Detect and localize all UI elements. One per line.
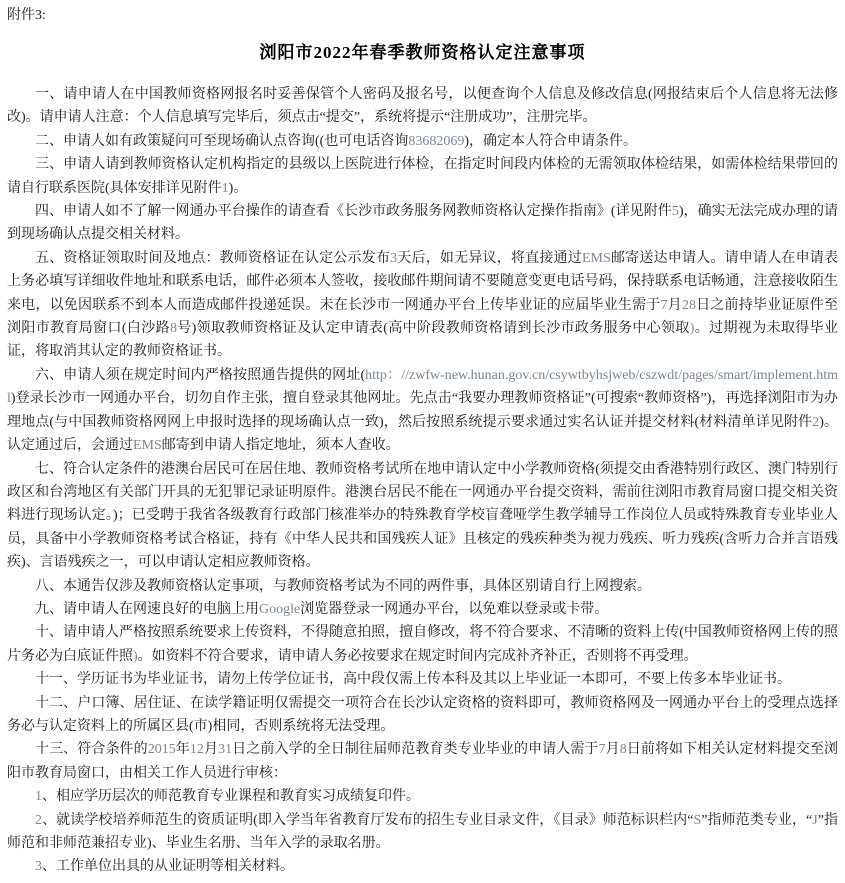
highlight-segment: EMS	[133, 438, 162, 453]
text-segment: 二、申请人如有政策疑问可至现场确认点咨询((也可电话咨询	[35, 134, 408, 149]
highlight-segment: 7	[599, 742, 606, 757]
highlight-segment: 1	[222, 181, 229, 196]
paragraph-4: 四、申请人如不了解一网通办平台操作的请查看《长沙市政务服务网教师资格认定操作指南…	[7, 200, 838, 247]
browser-name: Google	[259, 602, 300, 617]
highlight-segment: 7	[661, 298, 668, 313]
text-segment: 天后，如无异议，将直接通过	[397, 251, 582, 266]
text-segment: )，确定本人符合申请条件。	[464, 134, 637, 149]
paragraph-16: 3、工作单位出具的从业证明等相关材料。	[7, 855, 838, 878]
document-page: 附件3: 浏阳市2022年春季教师资格认定注意事项 一、请申请人在中国教师资格网…	[0, 0, 845, 883]
text-segment: 十一、学历证书为毕业证书，请勿上传学位证书，高中段仅需上传本科及其以上毕业证一本…	[35, 672, 791, 687]
paragraph-1: 一、请申请人在中国教师资格网报名时妥善保管个人密码及报名号，以便查询个人信息及修…	[7, 83, 838, 130]
text-segment: )登录长沙市一网通办平台，切勿自作主张，擅自登录其他网址。先点击“我要办理教师资…	[7, 391, 838, 429]
text-segment: 号)领取教师资格证及认定申请表(高中阶段教师资格请到长沙市政务服务中心领取	[177, 321, 690, 336]
text-segment: 。如资料不符合要求，请申请人务必按要求在规定时间内完成补齐补正，否则将不再受理。	[138, 649, 698, 664]
text-segment: )。	[229, 181, 248, 196]
text-segment: 年	[176, 742, 190, 757]
highlight-segment: 8	[170, 321, 177, 336]
text-segment: 日之前入学的全日制往届师范教育类专业毕业的申请人需于	[232, 742, 598, 757]
paragraph-3: 三、申请人请到教师资格认定机构指定的县级以上医院进行体检，在指定时间段内体检的无…	[7, 153, 838, 200]
highlight-segment: 5	[672, 204, 679, 219]
highlight-segment: EMS	[582, 251, 611, 266]
text-segment: 邮寄到申请人指定地址，须本人查收。	[162, 438, 400, 453]
paragraph-5: 五、资格证领取时间及地点：教师资格证在认定公示发布3天后，如无异议，将直接通过E…	[7, 247, 838, 364]
highlight-segment: 8	[620, 742, 627, 757]
phone-number: 83682069	[408, 134, 464, 149]
text-segment: 四、申请人如不了解一网通办平台操作的请查看《长沙市政务服务网教师资格认定操作指南…	[35, 204, 672, 219]
text-segment: 八、本通告仅涉及教师资格认定事项，与教师资格考试为不同的两件事，具体区别请自行上…	[35, 579, 651, 594]
text-segment: 、相应学历层次的师范教育专业课程和教育实习成绩复印件。	[42, 789, 420, 804]
highlight-segment: 28	[682, 298, 696, 313]
paragraph-15: 2、就读学校培养师范生的资质证明(即入学当年省教育厅发布的招生专业目录文件，《目…	[7, 809, 838, 856]
paragraph-7: 七、符合认定条件的港澳台居民可在居住地、教师资格考试所在地申请认定中小学教师资格…	[7, 458, 838, 575]
text-segment: 七、符合认定条件的港澳台居民可在居住地、教师资格考试所在地申请认定中小学教师资格…	[7, 462, 838, 571]
paragraph-6: 六、申请人须在规定时间内严格按照通告提供的网址(http：//zwfw-new.…	[7, 364, 838, 458]
text-segment: 六、申请人须在规定时间内严格按照通告提供的网址(	[35, 368, 365, 383]
page-title: 浏阳市2022年春季教师资格认定注意事项	[7, 38, 838, 63]
text-segment: ”指师范类专业，“	[701, 813, 812, 828]
paragraph-10: 十、请申请人严格按照系统要求上传资料，不得随意拍照，擅自修改，将不符合要求、不清…	[7, 621, 838, 668]
paragraph-12: 十二、户口簿、居住证、在读学籍证明仅需提交一项符合在长沙认定资格的资料即可，教师…	[7, 692, 838, 739]
paragraph-14: 1、相应学历层次的师范教育专业课程和教育实习成绩复印件。	[7, 785, 838, 808]
paragraph-8: 八、本通告仅涉及教师资格认定事项，与教师资格考试为不同的两件事，具体区别请自行上…	[7, 575, 838, 598]
text-segment: 月	[204, 742, 218, 757]
text-segment: 、就读学校培养师范生的资质证明(即入学当年省教育厅发布的招生专业目录文件，《目录…	[42, 813, 693, 828]
text-segment: 月	[668, 298, 682, 313]
text-segment: 、工作单位出具的从业证明等相关材料。	[42, 859, 294, 874]
paragraph-13: 十三、符合条件的2015年12月31日之前入学的全日制往届师范教育类专业毕业的申…	[7, 738, 838, 785]
paragraph-9: 九、请申请人在网速良好的电脑上用Google浏览器登录一网通办平台，以免难以登录…	[7, 598, 838, 621]
document-body: 一、请申请人在中国教师资格网报名时妥善保管个人密码及报名号，以便查询个人信息及修…	[7, 83, 838, 879]
paragraph-2: 二、申请人如有政策疑问可至现场确认点咨询((也可电话咨询83682069)，确定…	[7, 130, 838, 153]
text-segment: 十二、户口簿、居住证、在读学籍证明仅需提交一项符合在长沙认定资格的资料即可，教师…	[7, 696, 838, 734]
highlight-segment: 3	[35, 859, 42, 874]
text-segment: 九、请申请人在网速良好的电脑上用	[35, 602, 259, 617]
text-segment: 浏览器登录一网通办平台，以免难以登录或卡带。	[300, 602, 608, 617]
highlight-segment: 1	[35, 789, 42, 804]
paragraph-11: 十一、学历证书为毕业证书，请勿上传学位证书，高中段仅需上传本科及其以上毕业证一本…	[7, 668, 838, 691]
text-segment: 三、申请人请到教师资格认定机构指定的县级以上医院进行体检，在指定时间段内体检的无…	[7, 157, 838, 195]
text-segment: 十三、符合条件的	[35, 742, 148, 757]
highlight-segment: 2	[35, 813, 42, 828]
attachment-label: 附件3:	[7, 6, 838, 26]
text-segment: 月	[606, 742, 620, 757]
highlight-segment: 2015	[148, 742, 176, 757]
highlight-segment: 12	[190, 742, 204, 757]
text-segment: 一、请申请人在中国教师资格网报名时妥善保管个人密码及报名号，以便查询个人信息及修…	[7, 87, 838, 125]
text-segment: 五、资格证领取时间及地点：教师资格证在认定公示发布	[35, 251, 390, 266]
highlight-segment: 31	[218, 742, 232, 757]
